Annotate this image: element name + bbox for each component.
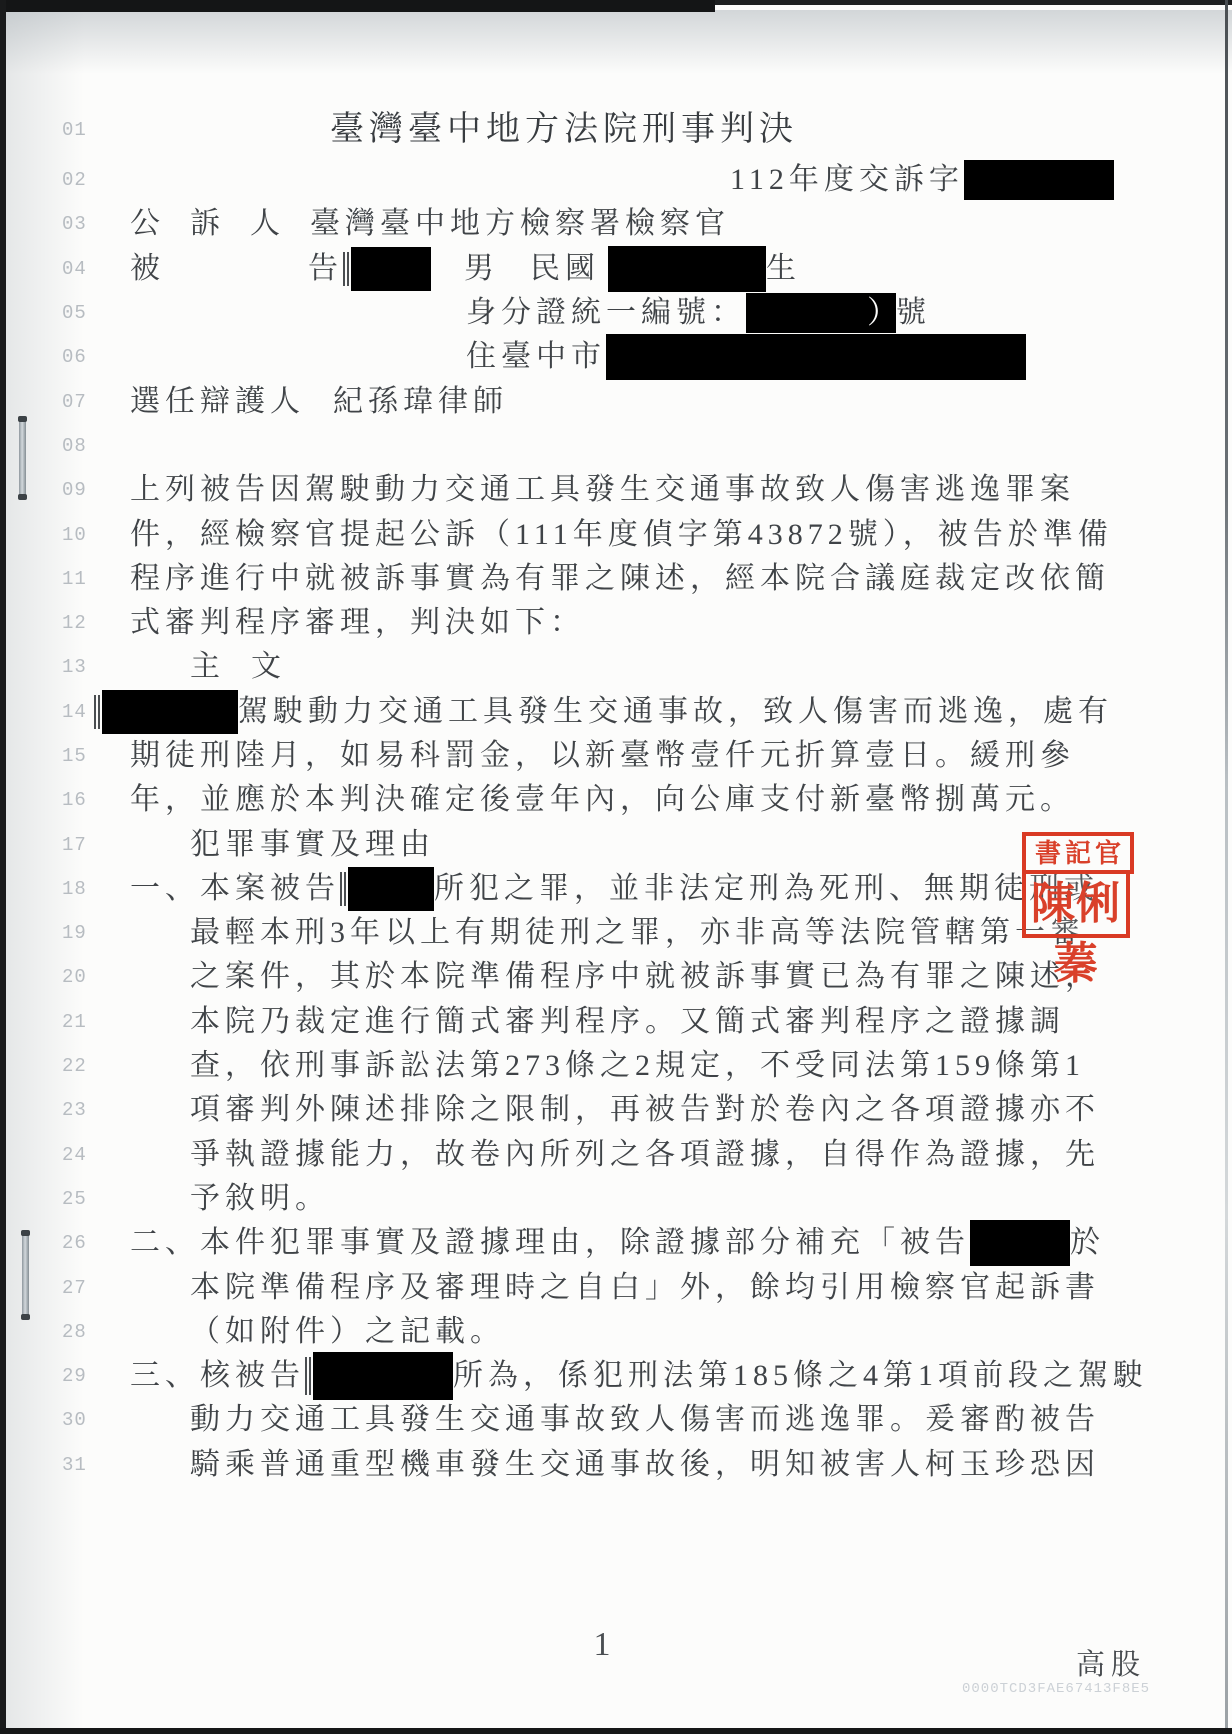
text-segment: 生	[766, 254, 801, 284]
text-segment: 動力交通工具發生交通事故致人傷害而逃逸罪。爰審酌被告	[190, 1405, 1100, 1435]
doc-line-23: 23項審判外陳述排除之限制，再被告對於卷內之各項證據亦不	[0, 1088, 1232, 1132]
redacted-char-remnant	[340, 872, 348, 906]
text-segment: 訴	[190, 209, 225, 239]
line-number: 02	[62, 169, 106, 191]
doc-line-04: 04被告男民國生	[0, 247, 1232, 291]
line-content: 二、本件犯罪事實及證據理由，除證據部分補充「被告於	[130, 1220, 1232, 1266]
spacer	[130, 1110, 190, 1111]
line-content: 騎乘普通重型機車發生交通事故後，明知被害人柯玉珍恐因	[130, 1450, 1232, 1480]
spacer	[130, 977, 190, 978]
doc-line-21: 21本院乃裁定進行簡式審判程序。又簡式審判程序之證據調	[0, 1000, 1232, 1044]
line-content: 主文	[130, 652, 1232, 682]
redaction-box	[608, 246, 766, 292]
doc-line-24: 24爭執證據能力，故卷內所列之各項證據，自得作為證據，先	[0, 1133, 1232, 1177]
spacer	[130, 357, 466, 358]
clerk-unit-label: 高股	[1076, 1642, 1146, 1683]
doc-line-27: 27本院準備程序及審理時之自白」外，餘均引用檢察官起訴書	[0, 1265, 1232, 1309]
doc-line-20: 20之案件，其於本院準備程序中就被訴事實已為有罪之陳述，	[0, 955, 1232, 999]
line-number: 01	[62, 119, 106, 141]
line-content: 期徒刑陸月，如易科罰金，以新臺幣壹仟元折算壹日。緩刑參	[130, 741, 1232, 771]
text-segment: 告	[308, 254, 343, 284]
line-content: 本院準備程序及審理時之自白」外，餘均引用檢察官起訴書	[130, 1273, 1232, 1303]
spacer	[305, 401, 333, 402]
redaction-box	[351, 247, 431, 291]
spacer	[225, 224, 250, 225]
text-segment: 112年度交訴字	[730, 165, 964, 195]
line-number: 05	[62, 302, 106, 324]
line-number: 17	[62, 834, 106, 856]
line-number: 09	[62, 479, 106, 501]
spacer	[499, 268, 530, 269]
text-segment: 爭執證據能力，故卷內所列之各項證據，自得作為證據，先	[190, 1140, 1100, 1170]
spacer	[165, 268, 308, 269]
line-content: 予敘明。	[130, 1184, 1232, 1214]
spacer	[130, 844, 190, 845]
spacer	[285, 224, 310, 225]
text-segment: 本院乃裁定進行簡式審判程序。又簡式審判程序之證據調	[190, 1007, 1065, 1037]
line-number: 22	[62, 1055, 106, 1077]
line-content: 公訴人臺灣臺中地方檢察署檢察官	[130, 209, 1232, 239]
line-content: 項審判外陳述排除之限制，再被告對於卷內之各項證據亦不	[130, 1095, 1232, 1125]
line-number: 30	[62, 1409, 106, 1431]
line-content: 上列被告因駕駛動力交通工具發生交通事故致人傷害逃逸罪案	[130, 475, 1232, 505]
redaction-box: ）	[746, 293, 896, 333]
text-segment: 最輕本刑3年以上有期徒刑之罪，亦非高等法院管轄第一審	[190, 918, 1085, 948]
spacer	[130, 1287, 190, 1288]
doc-line-22: 22查，依刑事訴訟法第273條之2規定，不受同法第159條第1	[0, 1044, 1232, 1088]
line-number: 15	[62, 745, 106, 767]
text-segment: 被	[130, 254, 165, 284]
line-content: 身分證統一編號：）號	[130, 293, 1232, 333]
text-segment: 駕駛動力交通工具發生交通事故，致人傷害而逃逸，處有	[238, 697, 1113, 727]
doc-line-15: 15期徒刑陸月，如易科罰金，以新臺幣壹仟元折算壹日。緩刑參	[0, 734, 1232, 778]
spacer	[130, 1154, 190, 1155]
spacer	[130, 933, 190, 934]
text-segment: 查，依刑事訴訟法第273條之2規定，不受同法第159條第1	[190, 1051, 1085, 1081]
redaction-box	[313, 1352, 453, 1400]
spacer	[130, 1331, 190, 1332]
line-number: 18	[62, 878, 106, 900]
redacted-char-remnant	[305, 1357, 313, 1395]
spacer	[431, 268, 464, 269]
spacer	[600, 268, 608, 269]
text-segment: 程序進行中就被訴事實為有罪之陳述，經本院合議庭裁定改依簡	[130, 564, 1110, 594]
line-number: 12	[62, 612, 106, 634]
line-content: （如附件）之記載。	[130, 1317, 1232, 1347]
clerk-stamp: 書記官 陳俐蓁	[1022, 832, 1134, 938]
clerk-stamp-name: 陳俐蓁	[1022, 870, 1130, 938]
text-segment: 紀孫瑋律師	[333, 387, 508, 417]
text-segment: 件，經檢察官提起公訴（111年度偵字第43872號），被告於準備	[130, 520, 1113, 550]
doc-line-05: 05身分證統一編號：）號	[0, 291, 1232, 335]
spacer	[130, 180, 730, 181]
text-segment: 三、核被告	[130, 1361, 305, 1391]
doc-line-28: 28（如附件）之記載。	[0, 1310, 1232, 1354]
redacted-char-remnant	[94, 695, 102, 729]
redacted-char-remnant	[343, 252, 351, 286]
text-segment: 身分證統一編號：	[466, 298, 746, 328]
line-content: 被告男民國生	[130, 246, 1232, 292]
text-segment: 號	[896, 298, 931, 328]
text-segment: 公	[130, 209, 165, 239]
text-segment: 期徒刑陸月，如易科罰金，以新臺幣壹仟元折算壹日。緩刑參	[130, 741, 1075, 771]
doc-line-16: 16年，並應於本判決確定後壹年內，向公庫支付新臺幣捌萬元。	[0, 778, 1232, 822]
doc-line-02: 02112年度交訴字	[0, 158, 1232, 202]
line-content: 選任辯護人紀孫瑋律師	[130, 387, 1232, 417]
redaction-box	[102, 690, 238, 734]
text-segment: 騎乘普通重型機車發生交通事故後，明知被害人柯玉珍恐因	[190, 1450, 1100, 1480]
doc-line-29: 29三、核被告所為，係犯刑法第185條之4第1項前段之駕駛	[0, 1354, 1232, 1398]
doc-line-31: 31騎乘普通重型機車發生交通事故後，明知被害人柯玉珍恐因	[0, 1443, 1232, 1487]
text-segment: 臺灣臺中地方法院刑事判決	[330, 113, 798, 147]
scan-watermark-code: 0000TCD3FAE67413F8E5	[962, 1681, 1150, 1697]
text-segment: 選任辯護人	[130, 387, 305, 417]
scan-edge-bottom	[0, 1728, 1232, 1734]
text-segment: 項審判外陳述排除之限制，再被告對於卷內之各項證據亦不	[190, 1095, 1100, 1125]
doc-line-08: 08	[0, 424, 1232, 468]
line-number: 04	[62, 258, 106, 280]
redaction-box	[964, 160, 1114, 200]
doc-line-01: 01臺灣臺中地方法院刑事判決	[0, 102, 1232, 158]
line-number: 16	[62, 789, 106, 811]
line-number: 26	[62, 1232, 106, 1254]
line-number: 06	[62, 346, 106, 368]
line-content: 三、核被告所為，係犯刑法第185條之4第1項前段之駕駛	[130, 1352, 1232, 1400]
line-number: 10	[62, 524, 106, 546]
text-segment: 上列被告因駕駛動力交通工具發生交通事故致人傷害逃逸罪案	[130, 475, 1075, 505]
line-content: 駕駛動力交通工具發生交通事故，致人傷害而逃逸，處有	[130, 690, 1232, 734]
text-segment: 民國	[530, 254, 600, 284]
spacer	[130, 1021, 190, 1022]
text-segment: 式審判程序審理，判決如下：	[130, 608, 585, 638]
line-content: 爭執證據能力，故卷內所列之各項證據，自得作為證據，先	[130, 1140, 1232, 1170]
redaction-box	[970, 1220, 1070, 1266]
line-content: 程序進行中就被訴事實為有罪之陳述，經本院合議庭裁定改依簡	[130, 564, 1232, 594]
text-segment: 人	[250, 209, 285, 239]
spacer	[165, 224, 190, 225]
line-content: 112年度交訴字	[130, 160, 1232, 200]
line-number: 21	[62, 1011, 106, 1033]
line-number: 25	[62, 1188, 106, 1210]
line-content: 件，經檢察官提起公訴（111年度偵字第43872號），被告於準備	[130, 520, 1232, 550]
line-number: 03	[62, 213, 106, 235]
text-segment: 臺灣臺中地方檢察署檢察官	[310, 209, 730, 239]
line-number: 08	[62, 435, 106, 457]
text-segment: 二、本件犯罪事實及證據理由，除證據部分補充「被告	[130, 1228, 970, 1258]
doc-line-03: 03公訴人臺灣臺中地方檢察署檢察官	[0, 202, 1232, 246]
spacer	[130, 1420, 190, 1421]
document-lines: 01臺灣臺中地方法院刑事判決02112年度交訴字03公訴人臺灣臺中地方檢察署檢察…	[0, 0, 1232, 1487]
text-segment: 犯罪事實及理由	[190, 830, 435, 860]
text-segment: 住臺中市	[466, 342, 606, 372]
clerk-stamp-title: 書記官	[1022, 832, 1134, 874]
text-segment: 本院準備程序及審理時之自白」外，餘均引用檢察官起訴書	[190, 1273, 1100, 1303]
text-segment: （如附件）之記載。	[190, 1317, 505, 1347]
line-number: 11	[62, 568, 106, 590]
redaction-box	[606, 334, 1026, 380]
text-segment: 之案件，其於本院準備程序中就被訴事實已為有罪之陳述，	[190, 962, 1100, 992]
spacer	[130, 313, 466, 314]
line-content: 式審判程序審理，判決如下：	[130, 608, 1232, 638]
doc-line-25: 25予敘明。	[0, 1177, 1232, 1221]
page-number: 1	[0, 1626, 1218, 1664]
line-number: 24	[62, 1144, 106, 1166]
spacer	[130, 667, 190, 668]
spacer	[130, 1198, 190, 1199]
doc-line-11: 11程序進行中就被訴事實為有罪之陳述，經本院合議庭裁定改依簡	[0, 557, 1232, 601]
text-segment: 男	[464, 254, 499, 284]
line-number: 20	[62, 966, 106, 988]
text-segment: 一、本案被告	[130, 874, 340, 904]
line-content: 年，並應於本判決確定後壹年內，向公庫支付新臺幣捌萬元。	[130, 785, 1232, 815]
spacer	[130, 1066, 190, 1067]
doc-line-06: 06住臺中市	[0, 335, 1232, 379]
spacer	[130, 1464, 190, 1465]
text-segment: 年，並應於本判決確定後壹年內，向公庫支付新臺幣捌萬元。	[130, 785, 1075, 815]
line-number: 29	[62, 1365, 106, 1387]
line-number: 31	[62, 1454, 106, 1476]
spacer	[225, 667, 251, 668]
paren-artifact: ）	[867, 297, 898, 328]
doc-line-12: 12式審判程序審理，判決如下：	[0, 601, 1232, 645]
line-number: 28	[62, 1321, 106, 1343]
scanned-judgment-page: 01臺灣臺中地方法院刑事判決02112年度交訴字03公訴人臺灣臺中地方檢察署檢察…	[0, 0, 1232, 1734]
line-number: 19	[62, 922, 106, 944]
line-content: 動力交通工具發生交通事故致人傷害而逃逸罪。爰審酌被告	[130, 1405, 1232, 1435]
line-content: 查，依刑事訴訟法第273條之2規定，不受同法第159條第1	[130, 1051, 1232, 1081]
line-number: 27	[62, 1277, 106, 1299]
line-number: 07	[62, 391, 106, 413]
text-segment: 於	[1070, 1228, 1105, 1258]
doc-line-09: 09上列被告因駕駛動力交通工具發生交通事故致人傷害逃逸罪案	[0, 468, 1232, 512]
doc-line-26: 26二、本件犯罪事實及證據理由，除證據部分補充「被告於	[0, 1221, 1232, 1265]
line-content: 臺灣臺中地方法院刑事判決	[130, 113, 1232, 147]
text-segment: 主	[190, 652, 225, 682]
line-number: 23	[62, 1099, 106, 1121]
line-number: 13	[62, 656, 106, 678]
line-content: 本院乃裁定進行簡式審判程序。又簡式審判程序之證據調	[130, 1007, 1232, 1037]
spacer	[130, 130, 330, 131]
doc-line-30: 30動力交通工具發生交通事故致人傷害而逃逸罪。爰審酌被告	[0, 1398, 1232, 1442]
text-segment: 文	[251, 652, 286, 682]
doc-line-14: 14駕駛動力交通工具發生交通事故，致人傷害而逃逸，處有	[0, 690, 1232, 734]
text-segment: 所犯之罪，並非法定刑為死刑、無期徒刑或	[434, 874, 1099, 904]
doc-line-10: 10件，經檢察官提起公訴（111年度偵字第43872號），被告於準備	[0, 512, 1232, 556]
text-segment: 予敘明。	[190, 1184, 330, 1214]
doc-line-07: 07選任辯護人紀孫瑋律師	[0, 379, 1232, 423]
text-segment: 所為，係犯刑法第185條之4第1項前段之駕駛	[453, 1361, 1148, 1391]
line-content: 住臺中市	[130, 334, 1232, 380]
redaction-box	[348, 867, 434, 911]
doc-line-13: 13主文	[0, 645, 1232, 689]
